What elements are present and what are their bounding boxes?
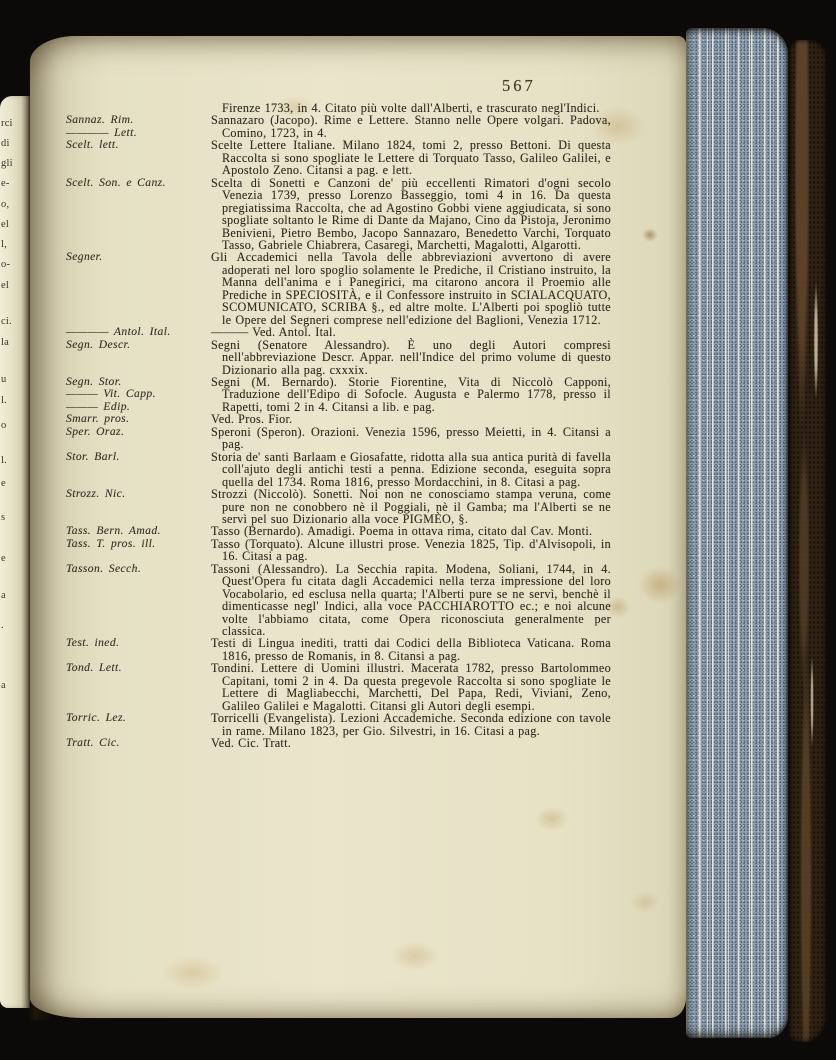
foxing-stain [390,941,440,971]
margin-abbreviation-column: Sper. Oraz. [66,426,211,438]
cut-off-text-fragment: l, [1,239,7,250]
bibliography-entry: Tass. Bern. Amad. Tasso (Bernardo). Amad… [66,525,611,537]
entry-text: Gli Accademici nella Tavola delle abbrev… [211,251,611,326]
margin-abbreviation: ———— Antol. Ital. [66,326,211,338]
entry-text: Segni (Senatore Alessandro). È uno degli… [211,339,611,376]
cut-off-text-fragment: el [1,219,9,230]
margin-abbreviation: Sper. Oraz. [66,426,211,438]
cut-off-text-fragment: e [1,553,6,564]
margin-abbreviation-column: ———— Antol. Ital. [66,326,211,338]
margin-abbreviation-column: Tasson. Secch. [66,563,211,575]
entry-text: Speroni (Speron). Orazioni. Venezia 1596… [211,426,611,451]
entry-text: Tasso (Bernardo). Amadigi. Poema in otta… [211,525,611,537]
bibliography-entry: Torric. Lez. Torricelli (Evangelista). L… [66,712,611,737]
bibliography-entry: ———— Antol. Ital. ——— Ved. Antol. Ital. [66,326,611,338]
margin-abbreviation: Tass. T. pros. ill. [66,538,211,550]
margin-abbreviation: Scelt. lett. [66,139,211,151]
cut-off-text-fragment: rci [1,118,13,129]
entry-text: Tassoni (Alessandro). La Secchia rapita.… [211,563,611,638]
margin-abbreviation: Torric. Lez. [66,712,211,724]
margin-abbreviation: Tasson. Secch. [66,563,211,575]
entry-text: Scelte Lettere Italiane. Milano 1824, to… [211,139,611,176]
margin-abbreviation: Tond. Lett. [66,662,211,674]
cut-off-text-fragment: l. [1,395,7,406]
foxing-stain [642,228,658,242]
bibliography-entry: Tass. T. pros. ill. Tasso (Torquato). Al… [66,538,611,563]
entry-text: Sannazaro (Jacopo). Rime e Lettere. Stan… [211,114,611,139]
book-photo: rcidiglie-o,ell,o-elci.laul.ol.esea.a 56… [0,0,836,1060]
entry-text: Storia de' santi Barlaam e Giosafatte, r… [211,451,611,488]
entry-text: Testi di Lingua inediti, tratti dai Codi… [211,637,611,662]
opposite-page-edge: rcidiglie-o,ell,o-elci.laul.ol.esea.a [0,96,30,1008]
cut-off-text-fragment: a [1,680,6,691]
cut-off-text-fragment: s [1,512,5,523]
entry-text: Torricelli (Evangelista). Lezioni Accade… [211,712,611,737]
entry-text: Strozzi (Niccolò). Sonetti. Noi non ne c… [211,488,611,525]
cut-off-text-fragment: . [1,620,4,631]
margin-abbreviation: Stor. Barl. [66,451,211,463]
leather-cover [788,40,828,1042]
bibliography-entry: Sannaz. Rim.———— Lett. Sannazaro (Jacopo… [66,114,611,139]
bibliography-entry: Segner. Gli Accademici nella Tavola dell… [66,251,611,326]
margin-abbreviation-column: Tratt. Cic. [66,737,211,749]
margin-abbreviation-column: Segn. Stor.——— Vit. Capp.——— Edip. [66,376,211,413]
cut-off-text-fragment: o- [1,259,10,270]
cut-off-text-fragment: ci. [1,316,12,327]
bibliography-entry: Segn. Stor.——— Vit. Capp.——— Edip. Segni… [66,376,611,413]
margin-abbreviation-column: Tass. T. pros. ill. [66,538,211,550]
bibliography-entry: Segn. Descr. Segni (Senatore Alessandro)… [66,339,611,376]
entries: Firenze 1733, in 4. Citato più volte dal… [66,102,611,750]
cut-off-text-fragment: o, [1,199,9,210]
bibliography-entry: Stor. Barl. Storia de' santi Barlaam e G… [66,451,611,488]
bibliography-entry: Scelt. lett. Scelte Lettere Italiane. Mi… [66,139,611,176]
entry-text: Segni (M. Bernardo). Storie Fiorentine, … [211,376,611,413]
margin-abbreviation: Test. ined. [66,637,211,649]
margin-abbreviation-column: Torric. Lez. [66,712,211,724]
bibliography-entry: Test. ined. Testi di Lingua inediti, tra… [66,637,611,662]
margin-abbreviation: ——— Vit. Capp. [66,388,211,400]
cut-off-text-fragment: gli [1,158,13,169]
cut-off-text-fragment: l. [1,455,7,466]
cut-off-text-fragment: di [1,138,10,149]
entry-text: Scelta di Sonetti e Canzoni de' più ecce… [211,177,611,252]
cut-off-text-fragment: el [1,280,9,291]
cut-off-text-fragment: u [1,374,6,385]
entry-text: Ved. Cic. Tratt. [211,737,611,749]
margin-abbreviation-column: Test. ined. [66,637,211,649]
margin-abbreviation-column: Smarr. pros. [66,413,211,425]
fore-edge-pages [686,28,788,1038]
entry-text: ——— Ved. Antol. Ital. [211,326,611,338]
bibliography-entry: Scelt. Son. e Canz. Scelta di Sonetti e … [66,177,611,252]
margin-abbreviation-column: Scelt. lett. [66,139,211,151]
margin-abbreviation-column: Tond. Lett. [66,662,211,674]
foxing-stain [535,806,569,832]
margin-abbreviation-column: Strozz. Nic. [66,488,211,500]
page-number: 567 [502,76,582,96]
bibliography-entry: Sper. Oraz. Speroni (Speron). Orazioni. … [66,426,611,451]
margin-abbreviation: Strozz. Nic. [66,488,211,500]
entry-text: Ved. Pros. Fior. [211,413,611,425]
margin-abbreviation-column: Sannaz. Rim.———— Lett. [66,114,211,139]
cut-off-text-fragment: o [1,420,6,431]
bibliography-entry: Smarr. pros. Ved. Pros. Fior. [66,413,611,425]
margin-abbreviation: Scelt. Son. e Canz. [66,177,211,189]
margin-abbreviation-column: Segner. [66,251,211,263]
margin-abbreviation-column: Tass. Bern. Amad. [66,525,211,537]
margin-abbreviation-column: Scelt. Son. e Canz. [66,177,211,189]
margin-abbreviation: Tratt. Cic. [66,737,211,749]
bibliography-entry: Strozz. Nic. Strozzi (Niccolò). Sonetti.… [66,488,611,525]
margin-abbreviation: Segner. [66,251,211,263]
foxing-stain [630,891,660,913]
cut-off-text-fragment: e [1,478,6,489]
bibliography-entry: Tratt. Cic. Ved. Cic. Tratt. [66,737,611,749]
margin-abbreviation: Smarr. pros. [66,413,211,425]
entry-text: Tondini. Lettere di Uomini illustri. Mac… [211,662,611,712]
foxing-stain [160,956,226,990]
cut-off-text-fragment: a [1,590,6,601]
margin-abbreviation-column: Segn. Descr. [66,339,211,351]
margin-abbreviation: Tass. Bern. Amad. [66,525,211,537]
margin-abbreviation: Segn. Descr. [66,339,211,351]
bibliography-entry: Tasson. Secch. Tassoni (Alessandro). La … [66,563,611,638]
book-page: 567 Firenze 1733, in 4. Citato più volte… [30,36,686,1018]
entry-text: Tasso (Torquato). Alcune illustri prose.… [211,538,611,563]
foxing-stain [638,566,682,604]
margin-abbreviation-column: Stor. Barl. [66,451,211,463]
cut-off-text-fragment: e- [1,178,10,189]
cut-off-text-fragment: la [1,337,9,348]
bibliography-entry: Tond. Lett. Tondini. Lettere di Uomini i… [66,662,611,712]
